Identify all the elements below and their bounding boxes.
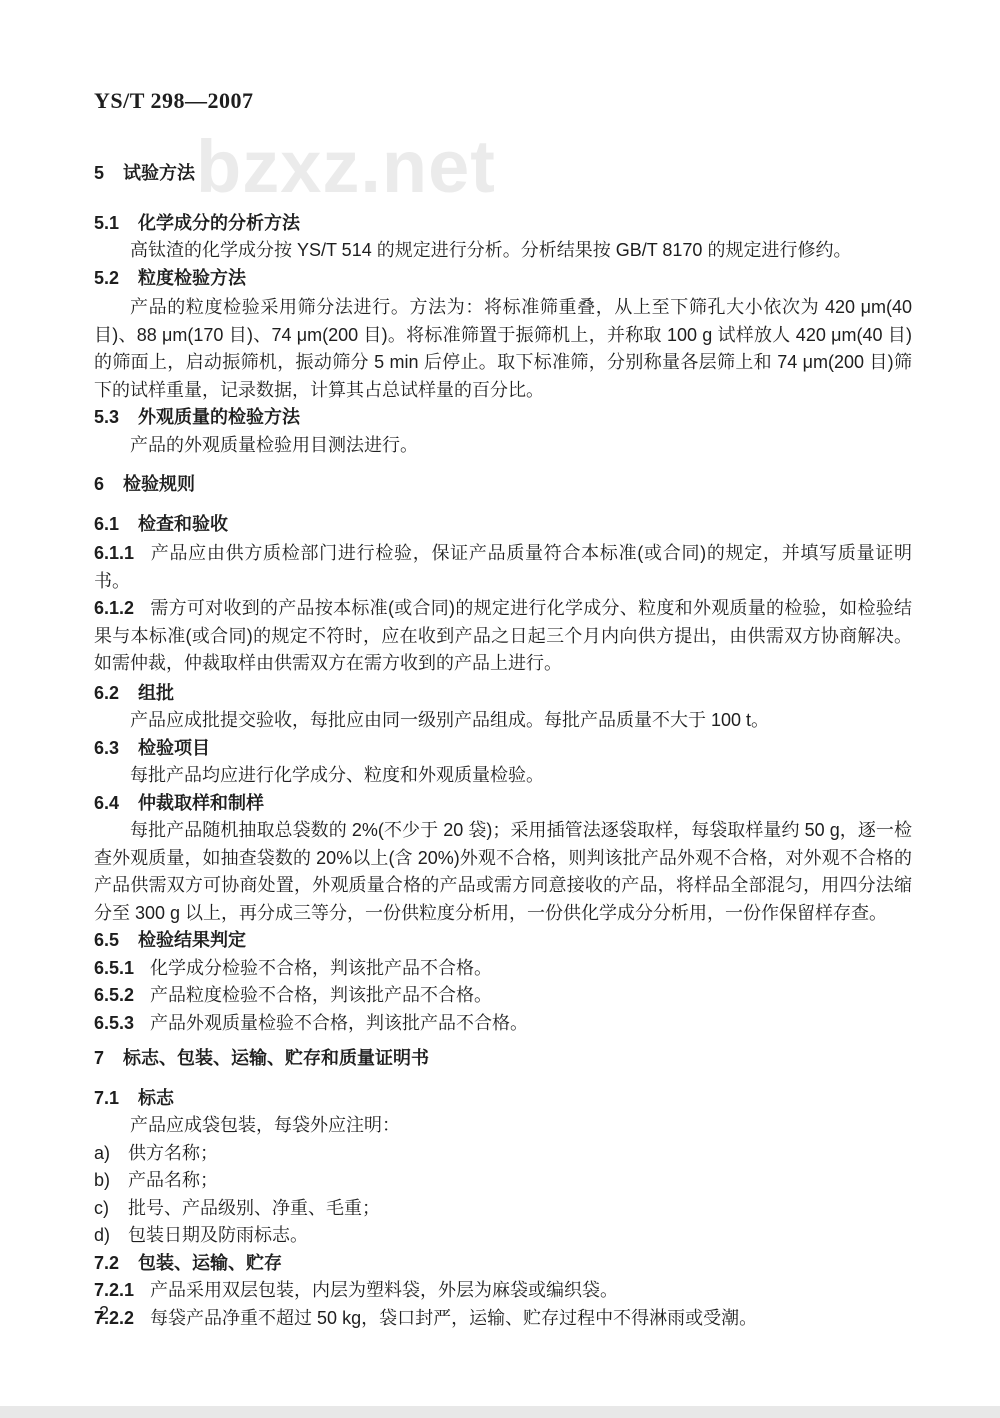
clause-6-5-number: 6.5 xyxy=(94,930,119,950)
clause-6-3-number: 6.3 xyxy=(94,738,119,758)
clause-6-1-2: 6.1.2需方可对收到的产品按本标准(或合同)的规定进行化学成分、粒度和外观质量… xyxy=(94,595,912,678)
section-5-number: 5 xyxy=(94,163,104,183)
list-item-d-text: 包装日期及防雨标志。 xyxy=(128,1225,308,1245)
list-item-d-marker: d) xyxy=(94,1222,128,1250)
clause-6-4-number: 6.4 xyxy=(94,793,119,813)
section-7-title: 标志、包装、运输、贮存和质量证明书 xyxy=(123,1048,429,1068)
clause-6-1-number: 6.1 xyxy=(94,514,119,534)
list-item-d: d)包装日期及防雨标志。 xyxy=(94,1222,912,1250)
document-content: 5试验方法 5.1化学成分的分析方法 高钛渣的化学成分按 YS/T 514 的规… xyxy=(94,112,912,1332)
clause-6-5-1: 6.5.1化学成分检验不合格，判该批产品不合格。 xyxy=(94,955,912,983)
clause-6-5-heading: 6.5检验结果判定 xyxy=(94,927,912,955)
section-5-heading: 5试验方法 xyxy=(94,160,912,188)
clause-6-5-3-number: 6.5.3 xyxy=(94,1013,134,1033)
clause-6-5-2-number: 6.5.2 xyxy=(94,985,134,1005)
clause-7-1-number: 7.1 xyxy=(94,1088,119,1108)
clause-6-3-paragraph: 每批产品均应进行化学成分、粒度和外观质量检验。 xyxy=(94,762,912,790)
clause-6-3-title: 检验项目 xyxy=(138,738,210,758)
clause-5-3-heading: 5.3外观质量的检验方法 xyxy=(94,404,912,432)
list-item-c-text: 批号、产品级别、净重、毛重； xyxy=(128,1198,380,1218)
list-item-c: c)批号、产品级别、净重、毛重； xyxy=(94,1195,912,1223)
clause-5-1-title: 化学成分的分析方法 xyxy=(138,213,300,233)
clause-6-5-1-number: 6.5.1 xyxy=(94,958,134,978)
clause-6-5-title: 检验结果判定 xyxy=(138,930,246,950)
clause-6-5-3-text: 产品外观质量检验不合格，判该批产品不合格。 xyxy=(150,1013,528,1033)
section-7-number: 7 xyxy=(94,1048,104,1068)
clause-5-1-paragraph: 高钛渣的化学成分按 YS/T 514 的规定进行分析。分析结果按 GB/T 81… xyxy=(94,237,912,265)
list-item-a-text: 供方名称； xyxy=(128,1143,218,1163)
standard-number-header: YS/T 298—2007 xyxy=(94,88,254,114)
clause-5-1-number: 5.1 xyxy=(94,213,119,233)
list-item-c-marker: c) xyxy=(94,1195,128,1223)
list-item-b: b)产品名称； xyxy=(94,1167,912,1195)
section-7-heading: 7标志、包装、运输、贮存和质量证明书 xyxy=(94,1045,912,1073)
section-5-title: 试验方法 xyxy=(123,163,195,183)
clause-6-1-1-text: 产品应由供方质检部门进行检验，保证产品质量符合本标准(或合同)的规定，并填写质量… xyxy=(94,543,912,591)
clause-6-1-1-number: 6.1.1 xyxy=(94,543,134,563)
list-item-a: a)供方名称； xyxy=(94,1140,912,1168)
clause-7-2-1-number: 7.2.1 xyxy=(94,1280,134,1300)
list-item-b-marker: b) xyxy=(94,1167,128,1195)
clause-5-3-title: 外观质量的检验方法 xyxy=(138,407,300,427)
clause-6-1-2-text: 需方可对收到的产品按本标准(或合同)的规定进行化学成分、粒度和外观质量的检验，如… xyxy=(94,598,912,673)
page-number: 2 xyxy=(99,1303,109,1324)
clause-7-1-heading: 7.1标志 xyxy=(94,1085,912,1113)
clause-6-4-heading: 6.4仲裁取样和制样 xyxy=(94,790,912,818)
clause-7-2-2-text: 每袋产品净重不超过 50 kg，袋口封严，运输、贮存过程中不得淋雨或受潮。 xyxy=(150,1308,757,1328)
clause-6-1-heading: 6.1检查和验收 xyxy=(94,511,912,539)
clause-6-4-title: 仲裁取样和制样 xyxy=(138,793,264,813)
clause-6-3-heading: 6.3检验项目 xyxy=(94,735,912,763)
clause-7-2-title: 包装、运输、贮存 xyxy=(138,1253,282,1273)
scan-bottom-edge xyxy=(0,1406,1000,1418)
clause-7-1-title: 标志 xyxy=(138,1088,174,1108)
section-6-heading: 6检验规则 xyxy=(94,471,912,499)
clause-6-5-2-text: 产品粒度检验不合格，判该批产品不合格。 xyxy=(150,985,492,1005)
clause-6-5-1-text: 化学成分检验不合格，判该批产品不合格。 xyxy=(150,958,492,978)
clause-7-1-paragraph: 产品应成袋包装，每袋外应注明： xyxy=(94,1112,912,1140)
clause-5-1-heading: 5.1化学成分的分析方法 xyxy=(94,210,912,238)
section-6-number: 6 xyxy=(94,474,104,494)
clause-7-2-1-text: 产品采用双层包装，内层为塑料袋，外层为麻袋或编织袋。 xyxy=(150,1280,618,1300)
clause-6-2-paragraph: 产品应成批提交验收，每批应由同一级别产品组成。每批产品质量不大于 100 t。 xyxy=(94,707,912,735)
clause-5-2-number: 5.2 xyxy=(94,268,119,288)
clause-5-3-paragraph: 产品的外观质量检验用目测法进行。 xyxy=(94,432,912,460)
clause-6-2-number: 6.2 xyxy=(94,683,119,703)
clause-6-2-heading: 6.2组批 xyxy=(94,680,912,708)
clause-6-1-2-number: 6.1.2 xyxy=(94,598,134,618)
clause-7-2-1: 7.2.1产品采用双层包装，内层为塑料袋，外层为麻袋或编织袋。 xyxy=(94,1277,912,1305)
clause-6-1-1: 6.1.1产品应由供方质检部门进行检验，保证产品质量符合本标准(或合同)的规定，… xyxy=(94,540,912,595)
clause-5-3-number: 5.3 xyxy=(94,407,119,427)
clause-5-2-title: 粒度检验方法 xyxy=(138,268,246,288)
list-item-a-marker: a) xyxy=(94,1140,128,1168)
clause-6-5-3: 6.5.3产品外观质量检验不合格，判该批产品不合格。 xyxy=(94,1010,912,1038)
clause-6-2-title: 组批 xyxy=(138,683,174,703)
clause-5-2-paragraph: 产品的粒度检验采用筛分法进行。方法为：将标准筛重叠，从上至下筛孔大小依次为 42… xyxy=(94,294,912,404)
clause-5-2-heading: 5.2粒度检验方法 xyxy=(94,265,912,293)
clause-6-4-paragraph: 每批产品随机抽取总袋数的 2%(不少于 20 袋)；采用插管法逐袋取样，每袋取样… xyxy=(94,817,912,927)
section-6-title: 检验规则 xyxy=(123,474,195,494)
scanned-document-page: bzxz.net YS/T 298—2007 5试验方法 5.1化学成分的分析方… xyxy=(0,0,1000,1418)
list-item-b-text: 产品名称； xyxy=(128,1170,218,1190)
clause-7-2-heading: 7.2包装、运输、贮存 xyxy=(94,1250,912,1278)
clause-7-2-2: 7.2.2每袋产品净重不超过 50 kg，袋口封严，运输、贮存过程中不得淋雨或受… xyxy=(94,1305,912,1333)
clause-6-5-2: 6.5.2产品粒度检验不合格，判该批产品不合格。 xyxy=(94,982,912,1010)
clause-6-1-title: 检查和验收 xyxy=(138,514,228,534)
clause-7-2-number: 7.2 xyxy=(94,1253,119,1273)
